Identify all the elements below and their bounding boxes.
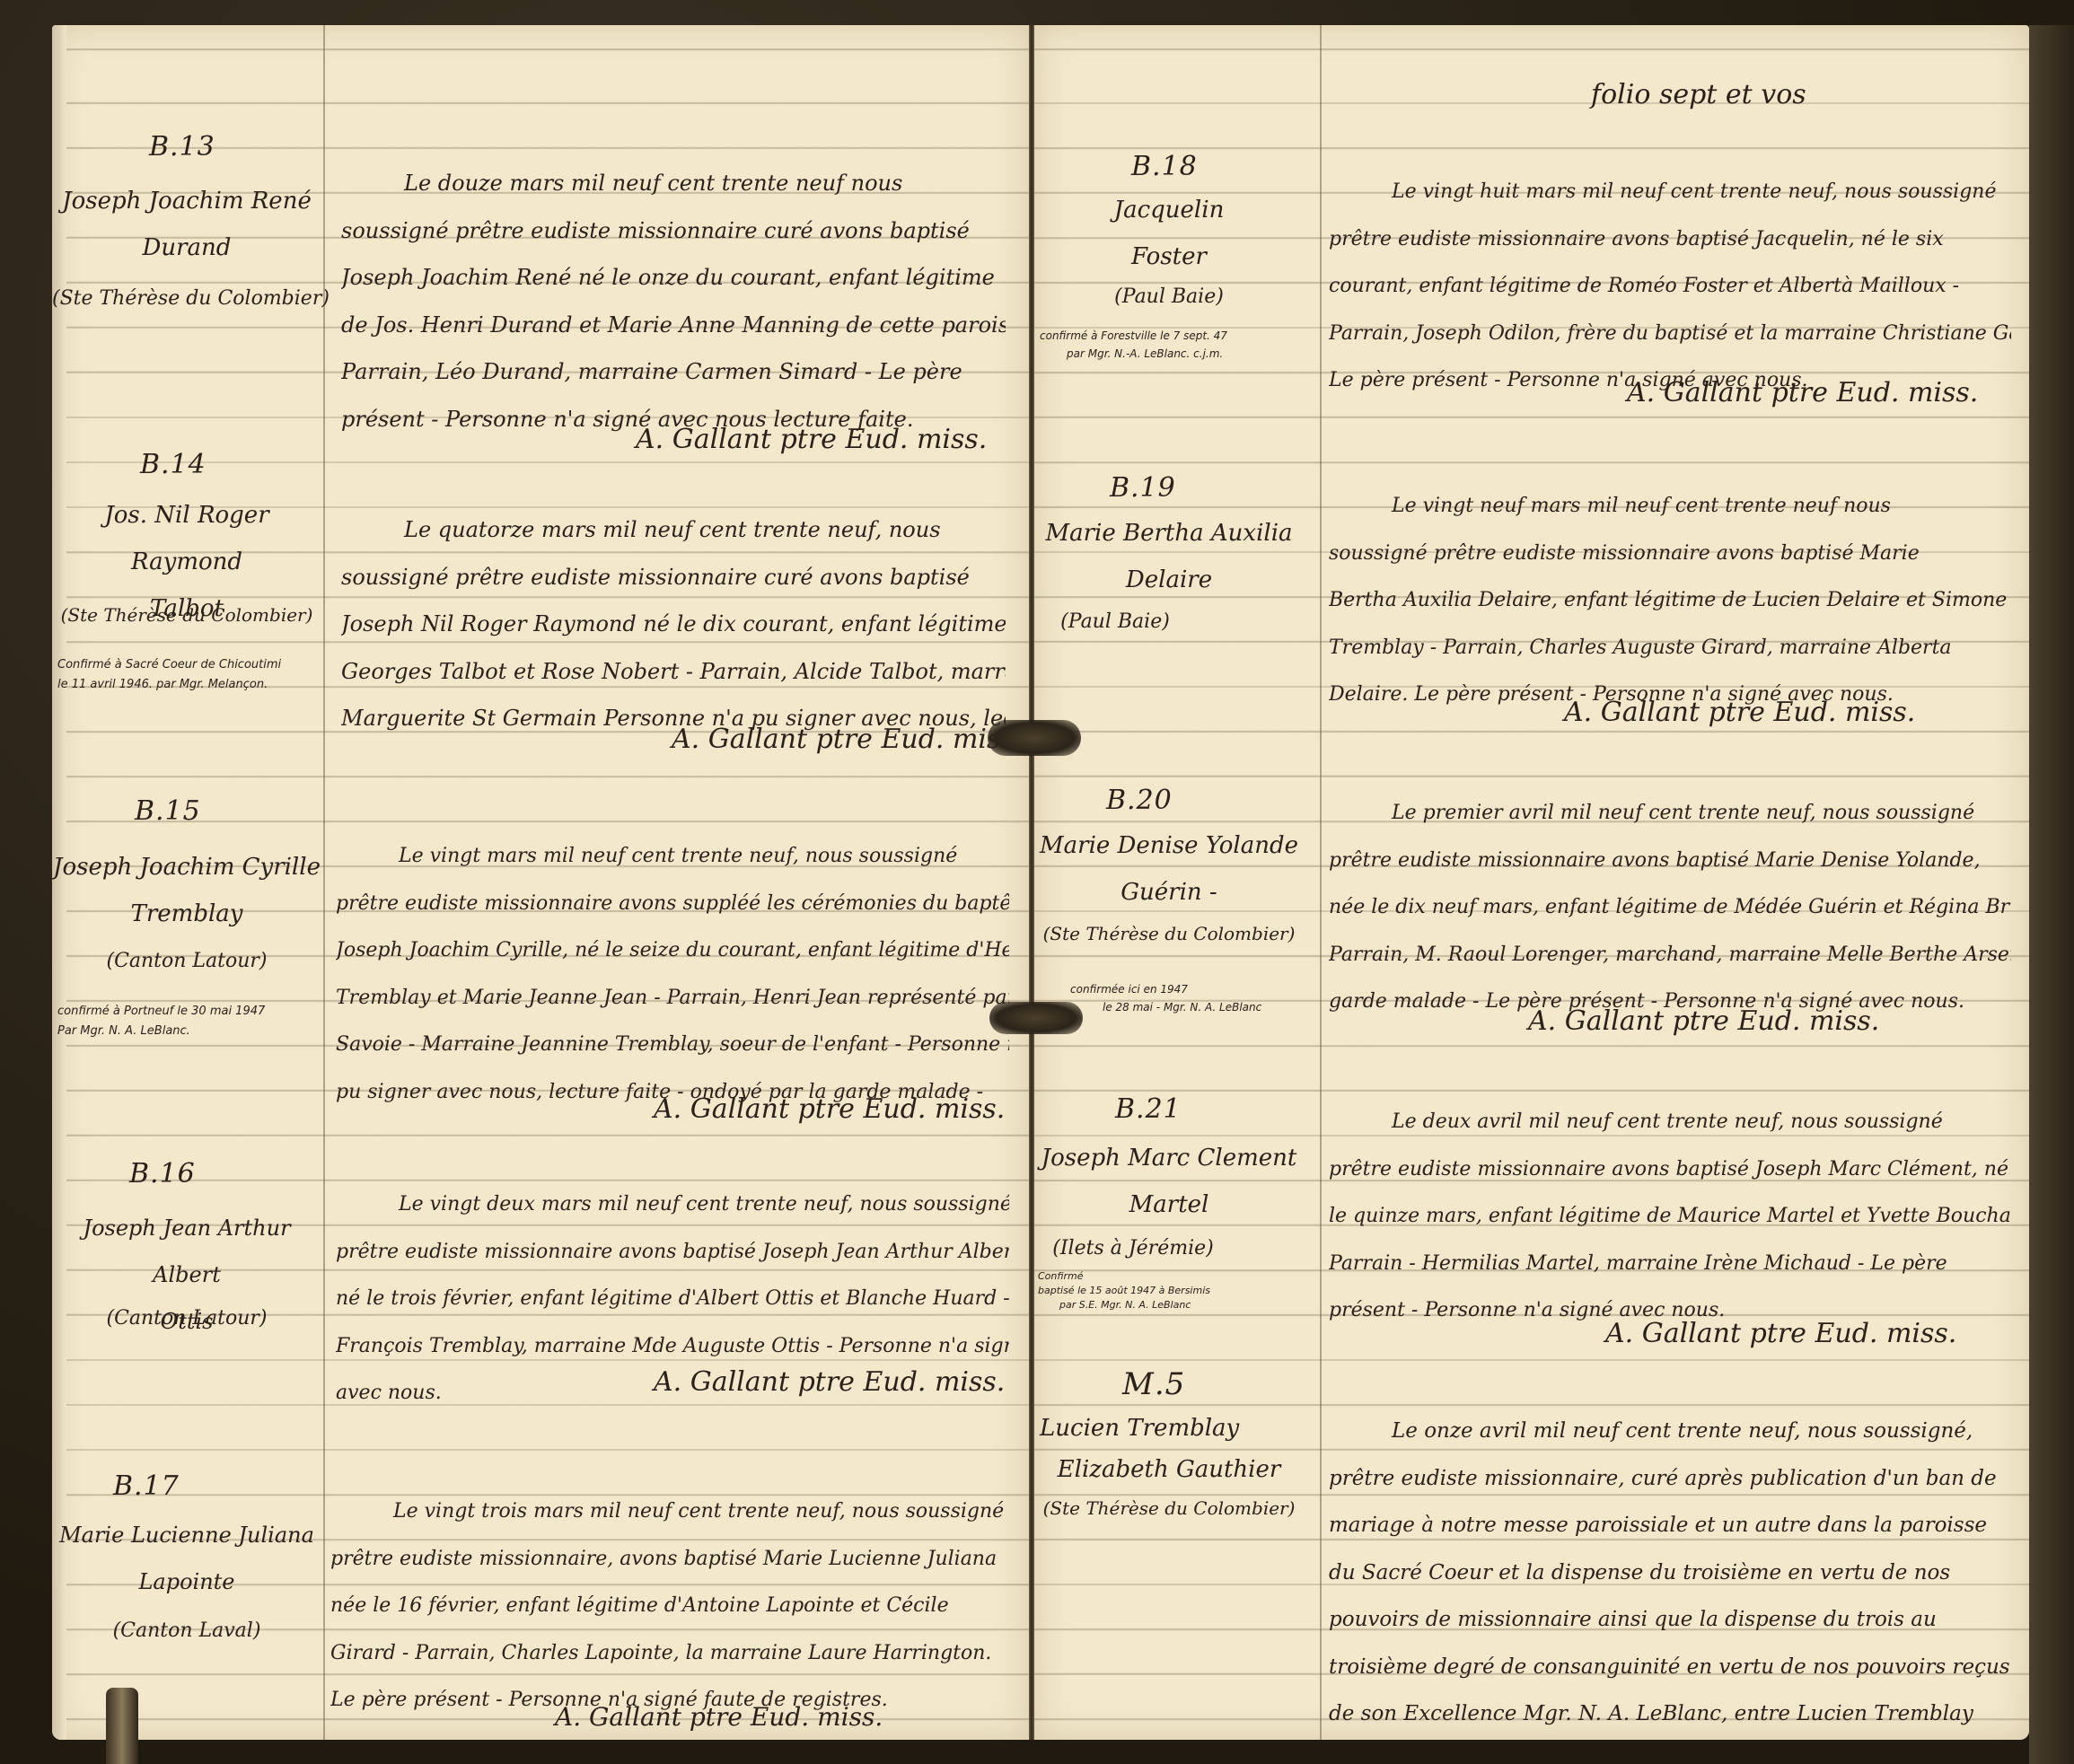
priest-signature: A. Gallant ptre Eud. miss. (672, 724, 1023, 755)
entry-body: Le vingt neuf mars mil neuf cent trente … (1329, 483, 2011, 719)
entry-parish: (Ste Thérèse du Colombier) (1034, 923, 1304, 944)
entry-parish: (Ste Thérèse du Colombier) (1034, 1497, 1304, 1519)
entry-body: Le onze avril mil neuf cent trente neuf,… (1329, 1408, 2011, 1738)
entry-parish: (Canton Latour) (52, 950, 321, 972)
pencil-tip (106, 1688, 138, 1764)
left-page: B.13 Joseph Joachim René Durand (Ste Thé… (52, 25, 1029, 1740)
entry-body: Le vingt mars mil neuf cent trente neuf,… (336, 833, 1009, 1116)
priest-signature: A. Gallant ptre Eud. miss. (1605, 1318, 1956, 1349)
entry-name: Marie Denise Yolande Guérin - (1034, 822, 1304, 916)
priest-signature: A. Gallant ptre Eud. miss. (1528, 1005, 1879, 1037)
confirmation-note: Confirmé à Sacré Coeur de Chicoutimi le … (57, 655, 281, 695)
entry-parish: (Paul Baie) (1034, 610, 1250, 633)
entry-name: Marie Lucienne Juliana Lapointe (52, 1512, 321, 1605)
entry-body: Le vingt trois mars mil neuf cent trente… (330, 1488, 1013, 1725)
priest-signature: A. Gallant ptre Eud. miss. (654, 1093, 1005, 1125)
entry-parish: (Ilets à Jérémie) (1034, 1237, 1268, 1259)
entry-number: B.20 (1106, 785, 1173, 816)
confirmation-note: Confirmé baptisé le 15 août 1947 à Bersi… (1038, 1269, 1210, 1312)
confirmation-note: confirmé à Forestville le 7 sept. 47 par… (1040, 327, 1227, 363)
priest-signature: A. Gallant ptre Eud. miss. (636, 424, 987, 455)
entry-body: Le douze mars mil neuf cent trente neuf … (341, 160, 1006, 443)
register-entry: B.13 Joseph Joachim René Durand (Ste Thé… (52, 25, 1029, 384)
entry-number: B.15 (135, 795, 201, 827)
entry-name: Marie Bertha Auxilia Delaire (1034, 510, 1304, 603)
confirmation-note: confirmé à Portneuf le 30 mai 1947 Par M… (57, 1002, 265, 1041)
entry-name: Joseph Joachim René Durand (52, 178, 321, 271)
entry-number: B.21 (1115, 1093, 1182, 1125)
entry-body: Le premier avril mil neuf cent trente ne… (1329, 790, 2011, 1026)
entry-number: M.5 (1122, 1366, 1185, 1402)
entry-name: Lucien Tremblay Elizabeth Gauthier (1034, 1408, 1304, 1490)
entry-number: B.17 (113, 1470, 180, 1502)
margin-rule (1320, 25, 1322, 1740)
priest-signature: A. Gallant ptre Eud. miss. (1627, 377, 1978, 408)
binding-thread-top (988, 720, 1081, 756)
confirmation-note: confirmée ici en 1947 le 28 mai - Mgr. N… (1070, 980, 1261, 1016)
entry-name: Joseph Joachim Cyrille Tremblay (52, 844, 321, 937)
entry-parish: (Canton Laval) (52, 1619, 321, 1642)
priest-signature: A. Gallant ptre Eud. miss. (654, 1366, 1005, 1398)
folio-annotation: folio sept et vos (1591, 79, 1806, 110)
entry-body: Le quatorze mars mil neuf cent trente ne… (341, 506, 1006, 742)
right-page: folio sept et vos B.18 Jacquelin Foster … (1034, 25, 2029, 1740)
entry-parish: (Ste Thérèse du Colombier) (52, 604, 321, 626)
entry-number: B.16 (129, 1158, 196, 1189)
entry-body: Le deux avril mil neuf cent trente neuf,… (1329, 1099, 2011, 1335)
book-spine (1029, 25, 1034, 1740)
binding-thread-bottom (989, 1002, 1083, 1034)
entry-name: Joseph Marc Clement Martel (1034, 1135, 1304, 1228)
priest-signature: A. Gallant ptre Eud. miss. (1564, 697, 1915, 728)
entry-name: Jacquelin Foster (1034, 187, 1304, 280)
entry-parish: (Paul Baie) (1034, 285, 1304, 308)
entry-body: Le vingt huit mars mil neuf cent trente … (1329, 169, 2011, 405)
entry-parish: (Canton Latour) (52, 1307, 321, 1330)
book-cover-edge (2029, 25, 2074, 1764)
entry-number: B.13 (149, 131, 215, 162)
entry-number: B.19 (1110, 472, 1176, 504)
entry-number: B.14 (140, 449, 207, 480)
priest-signature: A. Gallant ptre Eud. miss. (555, 1702, 883, 1732)
entry-parish: (Ste Thérèse du Colombier) (52, 287, 321, 310)
entry-number: B.18 (1131, 151, 1198, 182)
